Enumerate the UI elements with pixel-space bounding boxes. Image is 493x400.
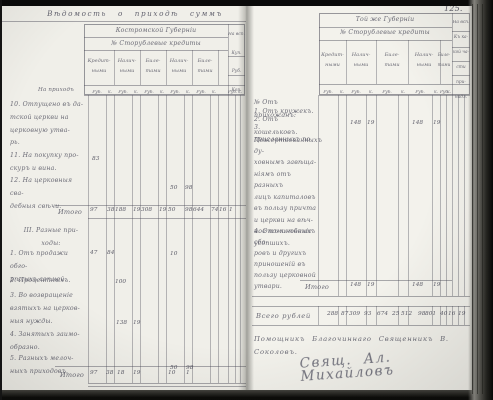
grid-line — [440, 40, 441, 84]
kop-label: к. — [366, 87, 376, 100]
grid-line — [338, 95, 339, 296]
grid-line — [88, 386, 246, 387]
right-column-header-2: Налич- ными — [346, 50, 376, 70]
rub-label: Руб. — [318, 87, 338, 100]
grid-line — [184, 95, 185, 383]
kop-label: к. — [158, 87, 166, 100]
grid-line — [346, 40, 347, 84]
total-value: 38 — [106, 370, 113, 377]
grid-line — [106, 95, 107, 383]
rub-label: Руб. — [346, 87, 366, 100]
grid-line — [192, 95, 193, 383]
total-value: 10 — [168, 370, 175, 377]
left-column-header-1: Кредит- ными — [84, 56, 114, 76]
grid-line — [140, 50, 141, 85]
grid-line — [464, 95, 465, 296]
grand-total-value: 512 — [401, 311, 412, 318]
right-column-header-5: Биле- тами — [436, 50, 452, 70]
grid-line — [210, 95, 211, 383]
grand-total-value: 288 — [327, 311, 338, 318]
grid-line — [319, 27, 452, 28]
right-header-province: Той же Губерніи — [322, 14, 448, 27]
row-label: 10. Отпущено въ да- тской церкви на церк… — [10, 99, 86, 150]
kop-label: к. — [132, 87, 140, 100]
grid-line — [318, 95, 319, 296]
page-stack-line — [482, 4, 483, 394]
grid-line — [366, 95, 367, 296]
rub-label: Руб. — [140, 87, 158, 100]
grid-line — [464, 306, 465, 325]
total-value: 644 — [193, 207, 204, 214]
mid-total-label: Итого — [58, 206, 82, 219]
amount-value: 47 — [90, 250, 97, 257]
grid-line — [252, 325, 470, 326]
grid-line — [446, 95, 447, 296]
grid-line — [408, 95, 409, 296]
grid-line — [84, 95, 245, 96]
page-stack-line — [472, 4, 473, 394]
total-value: 1 — [229, 207, 233, 214]
grid-line — [398, 95, 399, 296]
scan-border-left — [0, 0, 2, 400]
rub-label: Руб. — [408, 87, 432, 100]
amount-value: 138 — [116, 320, 127, 327]
rub-label: Руб. — [376, 87, 398, 100]
kop-label: к. — [106, 87, 114, 100]
grid-line — [452, 13, 453, 95]
grid-line — [140, 95, 141, 383]
grid-line — [346, 95, 347, 296]
right-column-header-1: Кредит- ными — [319, 50, 346, 70]
grid-line — [228, 24, 229, 95]
kop-label: к. — [210, 87, 218, 100]
grid-line — [319, 95, 470, 96]
grid-line — [84, 50, 228, 51]
grid-line — [346, 306, 347, 325]
book-gutter-shadow — [238, 5, 254, 391]
rub-label: Руб. — [88, 87, 106, 100]
grid-line — [376, 40, 377, 84]
grid-line — [376, 95, 377, 296]
grid-line — [84, 37, 228, 38]
left-column-header-4: Налич- ными — [166, 56, 192, 76]
total-value: 1 — [186, 370, 190, 377]
row-label: 2. Процентныхъ. — [10, 275, 86, 288]
grid-line — [166, 95, 167, 383]
left-header-subtitle: № Сторублевые кредиты — [86, 38, 226, 51]
grid-line — [446, 306, 447, 325]
total-value: 308 — [141, 207, 152, 214]
grid-line — [88, 383, 246, 384]
grid-line — [218, 95, 219, 383]
amount-value: 83 — [92, 156, 99, 163]
scan-border-bottom — [0, 390, 493, 400]
grid-line — [192, 50, 193, 85]
row-label: 11. На покупку про- скуръ и вина. — [10, 150, 86, 176]
rub-label: Руб. — [166, 87, 184, 100]
grid-line — [114, 50, 115, 85]
bottom-total-label: Итого — [60, 369, 84, 382]
left-label-column-header: На приходъ — [38, 84, 74, 97]
total-value: 148 — [412, 282, 423, 289]
amount-value: 19 — [367, 120, 374, 127]
right-total-label: Итого — [305, 281, 329, 294]
right-column-header-3: Биле- тами — [376, 50, 408, 70]
grid-line — [338, 306, 339, 325]
total-value: 148 — [350, 282, 361, 289]
grid-line — [376, 306, 377, 325]
grand-total-value: 801 — [425, 311, 436, 318]
grid-line — [458, 95, 459, 296]
grid-line — [166, 50, 167, 85]
grid-line — [2, 21, 246, 22]
total-value: 188 — [115, 207, 126, 214]
grid-line — [132, 95, 133, 383]
rub-label: Руб. — [192, 87, 210, 100]
row-label: 4. Занятыхъ заимо- образно. — [10, 329, 86, 355]
kop-label: к. — [338, 87, 346, 100]
amount-value: 148 — [350, 120, 361, 127]
total-value: 97 — [90, 370, 97, 377]
total-value: 18 — [117, 370, 124, 377]
grand-total-value: 87 — [341, 311, 348, 318]
grid-line — [114, 95, 115, 383]
grid-line — [432, 306, 433, 325]
amount-value: 148 — [412, 120, 423, 127]
kop-label: к. — [184, 87, 192, 100]
total-value: 19 — [367, 282, 374, 289]
grid-line — [318, 306, 319, 325]
grid-line — [88, 95, 89, 383]
grid-line — [235, 95, 236, 383]
grid-line — [408, 306, 409, 325]
left-column-header-3: Биле- тами — [140, 56, 166, 76]
total-value: 97 — [90, 207, 97, 214]
left-page-title: Вѣдомость о приходѣ суммъ — [30, 8, 240, 21]
left-header-province: Костромской Губерніи — [86, 25, 226, 38]
page-stack-line — [477, 4, 478, 394]
grid-line — [366, 306, 367, 325]
grand-total-value: 309 — [349, 311, 360, 318]
grid-line — [458, 306, 459, 325]
grid-line — [84, 85, 245, 86]
grid-line — [88, 218, 246, 219]
grid-line — [440, 95, 441, 296]
grid-line — [408, 40, 409, 84]
left-column-header-5: Биле- тами — [192, 56, 218, 76]
grand-total-value: 674 — [377, 311, 388, 318]
grid-line — [452, 306, 453, 325]
scanned-ledger-spread: Вѣдомость о приходѣ суммъ Костромской Гу… — [0, 0, 493, 400]
grid-line — [252, 296, 470, 297]
grand-total-label: Всего рублей — [256, 310, 311, 323]
scan-border-top — [0, 0, 493, 6]
right-header-subtitle: № Сторублевые кредиты — [320, 27, 450, 40]
grid-line — [452, 95, 453, 296]
grid-line — [319, 84, 470, 85]
grid-line — [252, 306, 470, 307]
rub-label: Руб. — [114, 87, 132, 100]
kop-label: к. — [398, 87, 408, 100]
grid-line — [440, 306, 441, 325]
amount-value: 10 — [170, 251, 177, 258]
grid-line — [228, 95, 229, 383]
grid-line — [398, 306, 399, 325]
total-value: 16 — [219, 207, 226, 214]
row-label: 3. Во возвращеніе взятыхъ на церков- ныя… — [10, 290, 86, 328]
grid-line — [432, 95, 433, 296]
grid-line — [158, 95, 159, 383]
amount-value: 100 — [115, 279, 126, 286]
grid-line — [319, 40, 452, 41]
kop-label: к. — [432, 87, 440, 100]
total-value: 50 — [168, 207, 175, 214]
grid-line — [218, 50, 219, 85]
amount-value: 50 — [170, 185, 177, 192]
left-column-header-2: Налич- ными — [114, 56, 140, 76]
section-header: III. Разные при- ходы: — [16, 225, 86, 251]
